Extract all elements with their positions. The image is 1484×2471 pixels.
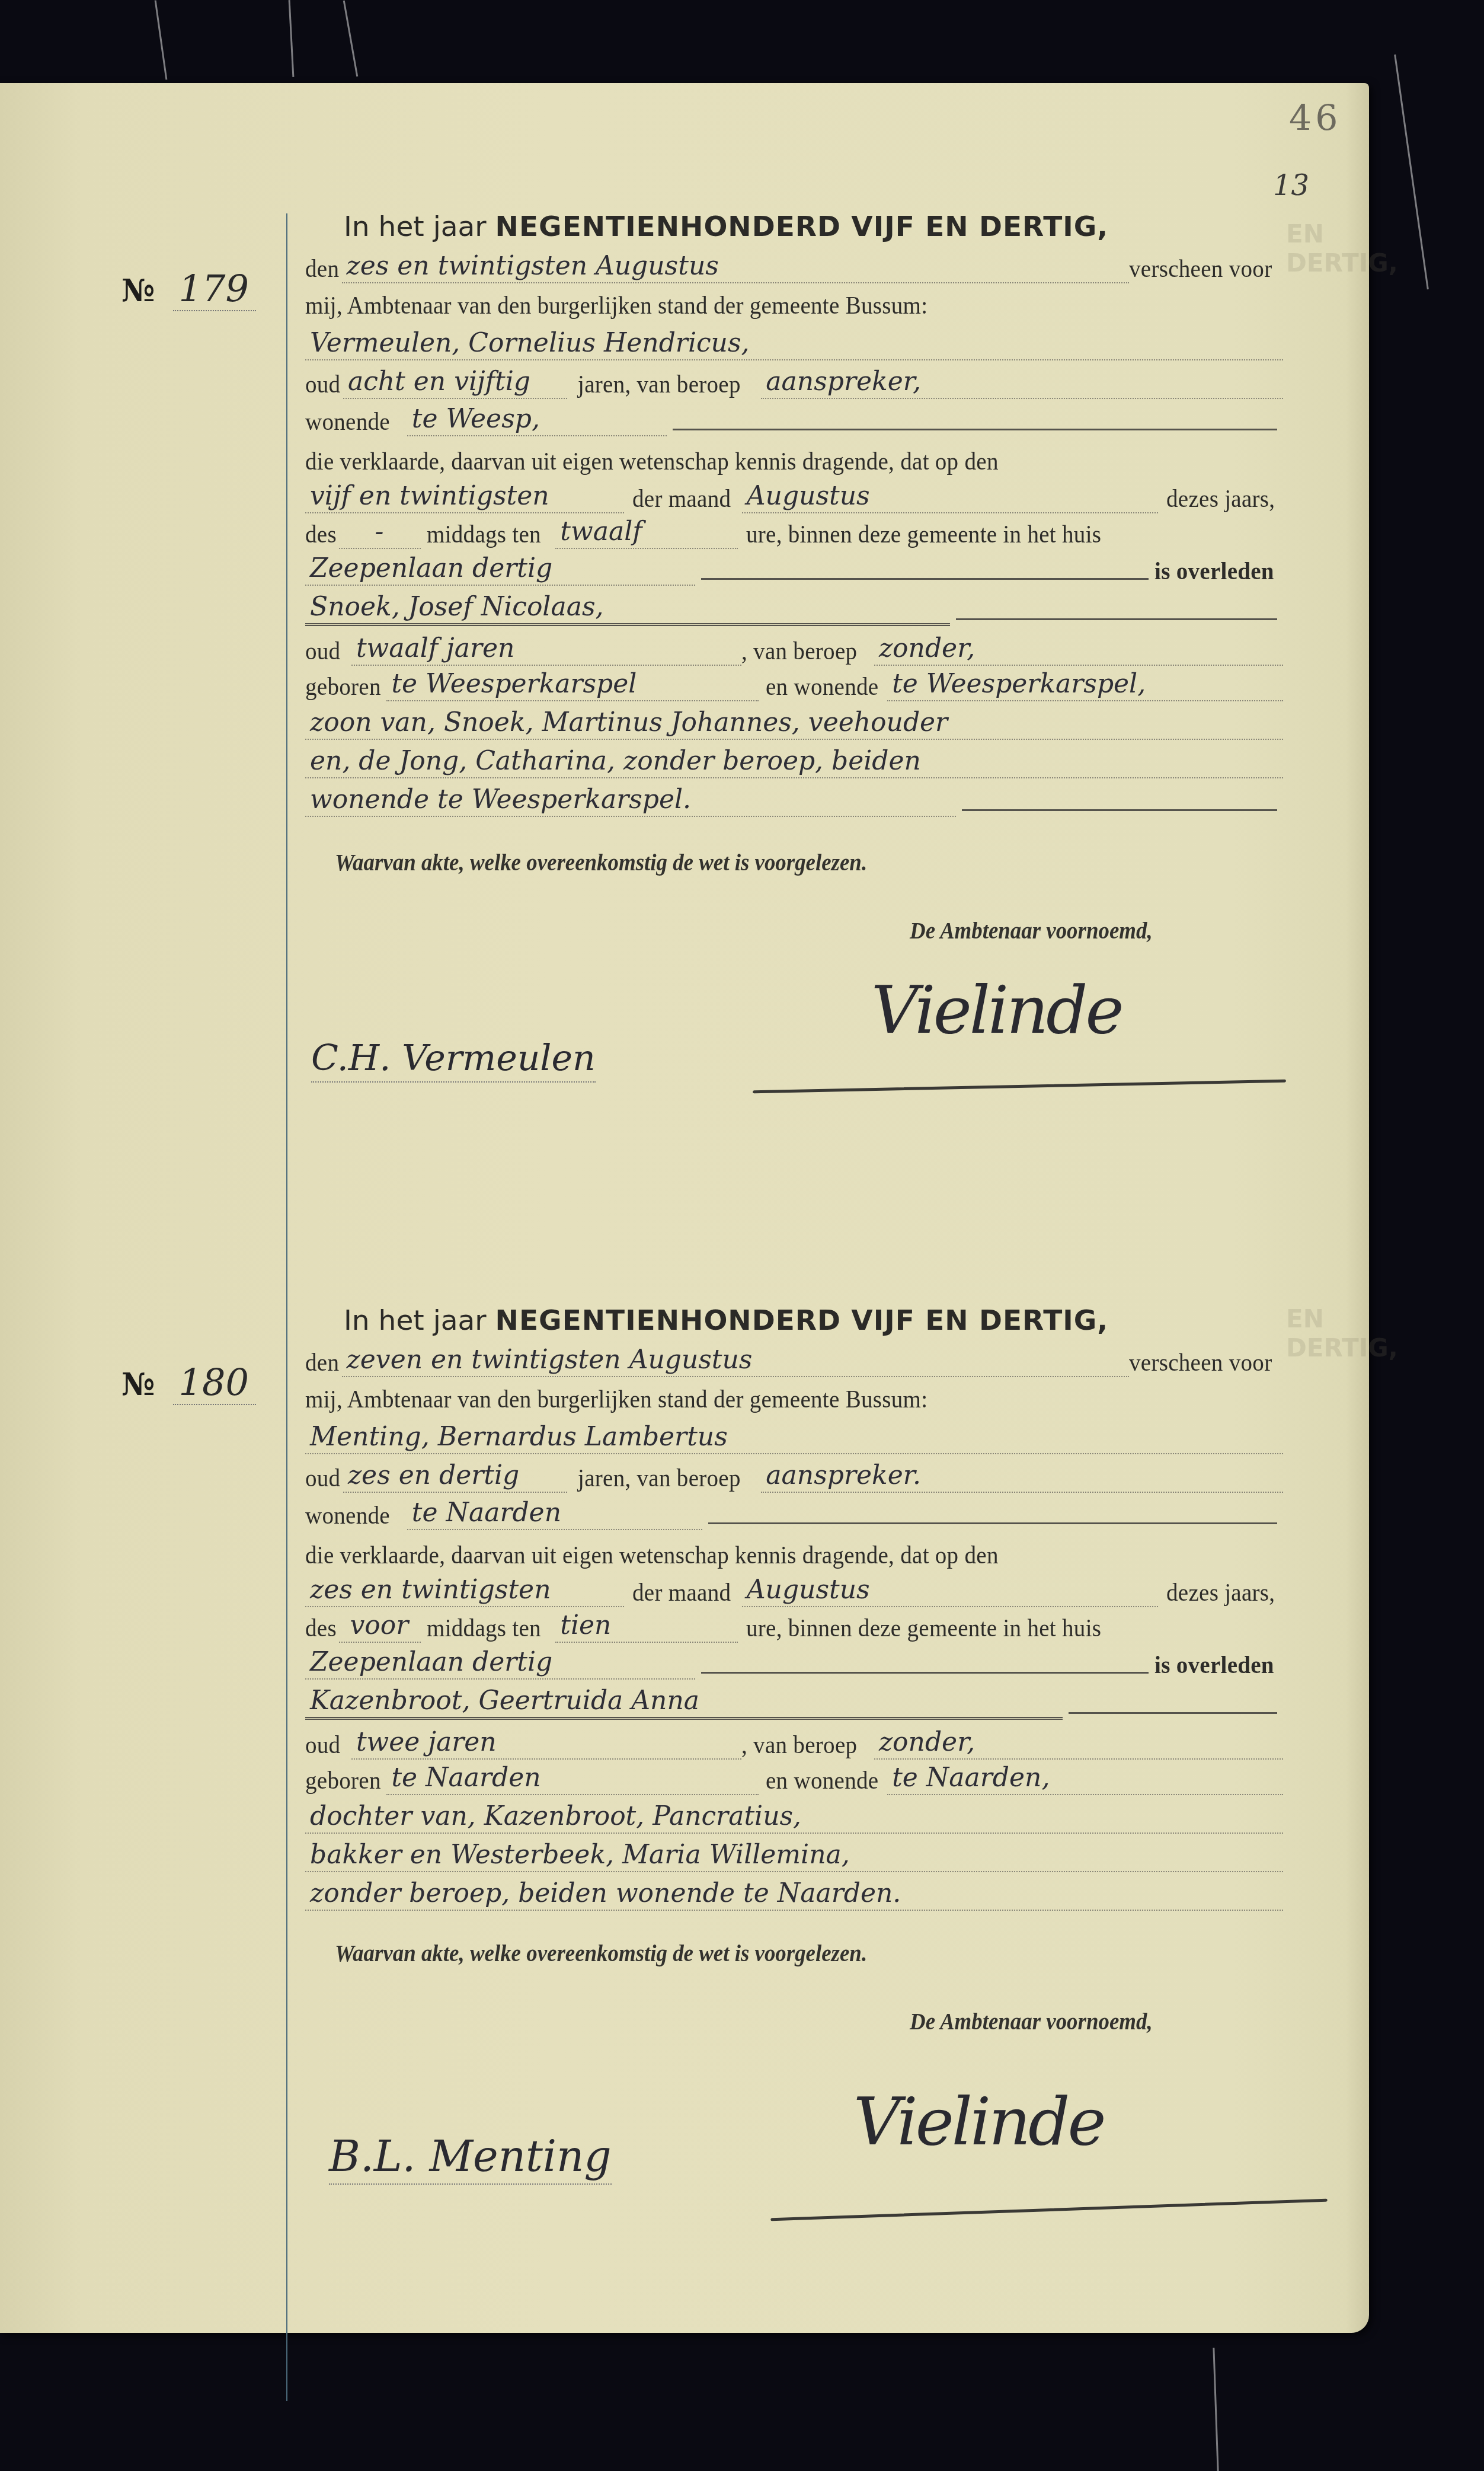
- death-date-line: zes en twintigsten der maand Augustus de…: [305, 1573, 1283, 1607]
- declaration-line: die verklaarde, daarvan uit eigen wetens…: [305, 1535, 1283, 1570]
- label-oud: oud: [305, 371, 340, 399]
- register-page: 46 13 EN DERTIG, EN DERTIG, № 179 In het…: [0, 83, 1369, 2333]
- declarant-occupation: aanspreker,: [761, 366, 1283, 399]
- background-scratch: [343, 1, 359, 77]
- death-hour: twaalf: [555, 516, 738, 549]
- deceased-name-line: Kazenbroot, Geertruida Anna: [305, 1685, 1283, 1720]
- parents-text: zoon van, Snoek, Martinus Johannes, veeh…: [305, 707, 1283, 740]
- death-time-line: des voor middags ten tien ure, binnen de…: [305, 1608, 1283, 1643]
- declaration-date: zes en twintigsten Augustus: [342, 251, 1130, 283]
- closing-statement: Waarvan akte, welke overeenkomstig de we…: [335, 848, 867, 876]
- corner-mark: 13: [1273, 169, 1309, 202]
- label-is-overleden: is overleden: [1154, 557, 1274, 586]
- deceased-age: twee jaren: [351, 1727, 741, 1760]
- deceased-age: twaalf jaren: [351, 633, 741, 666]
- closing-statement: Waarvan akte, welke overeenkomstig de we…: [335, 1939, 867, 1967]
- signature-flourish: [770, 2199, 1328, 2221]
- declarant-name-line: Menting, Bernardus Lambertus: [305, 1420, 1283, 1454]
- label-dezes-jaars: dezes jaars,: [1166, 1579, 1275, 1607]
- label-der-maand: der maand: [632, 485, 731, 513]
- declarant-residence-line: wonende te Weesp,: [305, 402, 1283, 436]
- declaration-line: die verklaarde, daarvan uit eigen wetens…: [305, 442, 1283, 476]
- death-address: Zeepenlaan dertig: [305, 1647, 695, 1680]
- record-heading: In het jaar NEGENTIENHONDERD VIJF EN DER…: [344, 1304, 1108, 1337]
- official-text: mij, Ambtenaar van den burgerlijken stan…: [305, 292, 927, 320]
- entry-number-value: 179: [173, 267, 256, 311]
- declarant-age: zes en dertig: [343, 1460, 567, 1493]
- label-des: des: [305, 1614, 337, 1643]
- label-middags-ten: middags ten: [427, 1614, 541, 1643]
- declarant-age-line: oud acht en vijftig jaren, van beroep aa…: [305, 365, 1283, 399]
- declarant-name-line: Vermeulen, Cornelius Hendricus,: [305, 326, 1283, 360]
- declarant-name: Menting, Bernardus Lambertus: [305, 1422, 1283, 1454]
- declarant-occupation: aanspreker.: [761, 1460, 1283, 1493]
- label-en-wonende: en wonende: [766, 673, 878, 701]
- page-number: 46: [1289, 98, 1341, 139]
- birth-residence-line: geboren te Naarden en wonende te Naarden…: [305, 1761, 1283, 1795]
- declarant-residence: te Weesp,: [407, 404, 667, 436]
- label-ure-binnen: ure, binnen deze gemeente in het huis: [746, 1614, 1101, 1643]
- declarant-residence: te Naarden: [407, 1498, 702, 1530]
- parents-text: bakker en Westerbeek, Maria Willemina,: [305, 1840, 1283, 1872]
- official-line: mij, Ambtenaar van den burgerlijken stan…: [305, 286, 1283, 320]
- declarant-age: acht en vijftig: [343, 366, 567, 399]
- label-van-beroep: , van beroep: [741, 637, 857, 666]
- declaration-text: die verklaarde, daarvan uit eigen wetens…: [305, 448, 999, 476]
- official-signature: Vielinde: [871, 972, 1122, 1048]
- label-geboren: geboren: [305, 1767, 381, 1795]
- declarant-signature: B.L. Menting: [329, 2131, 612, 2185]
- time-period: -: [339, 516, 421, 549]
- declaration-date: zeven en twintigsten Augustus: [342, 1345, 1130, 1377]
- parents-text: en, de Jong, Catharina, zonder beroep, b…: [305, 746, 1283, 778]
- birth-place: te Naarden: [386, 1763, 759, 1795]
- deceased-name: Kazenbroot, Geertruida Anna: [305, 1685, 1063, 1720]
- declarant-age-line: oud zes en dertig jaren, van beroep aans…: [305, 1458, 1283, 1493]
- label-des: des: [305, 521, 337, 549]
- background-scratch: [1213, 2348, 1218, 2471]
- parents-text: wonende te Weesperkarspel.: [305, 784, 956, 817]
- label-wonende: wonende: [305, 1502, 390, 1530]
- entry-number: № 180: [121, 1361, 256, 1405]
- parents-text: zonder beroep, beiden wonende te Naarden…: [305, 1878, 1283, 1911]
- parents-line: wonende te Weesperkarspel.: [305, 783, 1283, 817]
- official-label: De Ambtenaar voornoemd,: [910, 2007, 1153, 2035]
- parents-text: dochter van, Kazenbroot, Pancratius,: [305, 1801, 1283, 1834]
- bleed-through-text: EN DERTIG,: [1286, 219, 1398, 277]
- entry-number-value: 180: [173, 1361, 256, 1405]
- parents-line: zoon van, Snoek, Martinus Johannes, veeh…: [305, 705, 1283, 740]
- parents-line: dochter van, Kazenbroot, Pancratius,: [305, 1799, 1283, 1834]
- parents-line: en, de Jong, Catharina, zonder beroep, b…: [305, 744, 1283, 778]
- label-oud: oud: [305, 1731, 340, 1760]
- death-date-line: vijf en twintigsten der maand Augustus d…: [305, 479, 1283, 513]
- label-geboren: geboren: [305, 673, 381, 701]
- deceased-age-line: oud twaalf jaren , van beroep zonder,: [305, 631, 1283, 666]
- label-jaren-beroep: jaren, van beroep: [578, 1464, 741, 1493]
- label-der-maand: der maand: [632, 1579, 731, 1607]
- entry-number: № 179: [121, 267, 256, 311]
- official-label: De Ambtenaar voornoemd,: [910, 916, 1153, 944]
- deceased-occupation: zonder,: [874, 633, 1283, 666]
- death-address-line: Zeepenlaan dertig is overleden: [305, 1645, 1283, 1680]
- record-heading: In het jaar NEGENTIENHONDERD VIJF EN DER…: [344, 210, 1108, 243]
- label-jaren-beroep: jaren, van beroep: [578, 371, 741, 399]
- residence-place: te Naarden,: [887, 1763, 1283, 1795]
- declarant-signature: C.H. Vermeulen: [311, 1037, 596, 1083]
- death-day: vijf en twintigsten: [305, 481, 624, 513]
- page-edge: [1345, 83, 1369, 2333]
- signature-flourish: [753, 1080, 1286, 1094]
- margin-rule: [286, 213, 287, 2401]
- heading-year: NEGENTIENHONDERD VIJF EN DERTIG,: [495, 210, 1109, 243]
- fill-rule: [956, 618, 1277, 620]
- number-sign: №: [121, 1367, 155, 1403]
- fill-rule: [673, 429, 1277, 430]
- fill-rule: [701, 578, 1149, 580]
- official-signature: Vielinde: [853, 2084, 1104, 2160]
- label-den: den: [305, 255, 339, 283]
- deceased-name-line: Snoek, Josef Nicolaas,: [305, 592, 1283, 626]
- background-scratch: [155, 0, 168, 79]
- label-ure-binnen: ure, binnen deze gemeente in het huis: [746, 521, 1101, 549]
- fill-rule: [708, 1522, 1277, 1524]
- death-day: zes en twintigsten: [305, 1575, 624, 1607]
- label-verscheen: verscheen voor: [1129, 255, 1272, 283]
- fill-rule: [962, 809, 1277, 811]
- death-hour: tien: [555, 1610, 738, 1643]
- background-scratch: [289, 0, 295, 77]
- date-line: den zes en twintigsten Augustus verschee…: [305, 249, 1283, 283]
- label-dezes-jaars: dezes jaars,: [1166, 485, 1275, 513]
- label-oud: oud: [305, 1464, 340, 1493]
- declaration-text: die verklaarde, daarvan uit eigen wetens…: [305, 1541, 999, 1570]
- parents-line: zonder beroep, beiden wonende te Naarden…: [305, 1876, 1283, 1911]
- time-period: voor: [339, 1610, 421, 1643]
- death-month: Augustus: [742, 481, 1158, 513]
- label-middags-ten: middags ten: [427, 521, 541, 549]
- declarant-name: Vermeulen, Cornelius Hendricus,: [305, 328, 1283, 360]
- label-van-beroep: , van beroep: [741, 1731, 857, 1760]
- label-is-overleden: is overleden: [1154, 1651, 1274, 1680]
- residence-place: te Weesperkarspel,: [887, 669, 1283, 701]
- fill-rule: [1069, 1712, 1277, 1714]
- bleed-through-text: EN DERTIG,: [1286, 1304, 1398, 1362]
- parents-line: bakker en Westerbeek, Maria Willemina,: [305, 1838, 1283, 1872]
- declarant-residence-line: wonende te Naarden: [305, 1496, 1283, 1530]
- label-verscheen: verscheen voor: [1129, 1349, 1272, 1377]
- number-sign: №: [121, 273, 155, 309]
- date-line: den zeven en twintigsten Augustus versch…: [305, 1343, 1283, 1377]
- deceased-occupation: zonder,: [874, 1727, 1283, 1760]
- death-time-line: des - middags ten twaalf ure, binnen dez…: [305, 515, 1283, 549]
- official-text: mij, Ambtenaar van den burgerlijken stan…: [305, 1385, 927, 1414]
- label-oud: oud: [305, 637, 340, 666]
- death-month: Augustus: [742, 1575, 1158, 1607]
- deceased-age-line: oud twee jaren , van beroep zonder,: [305, 1725, 1283, 1760]
- official-line: mij, Ambtenaar van den burgerlijken stan…: [305, 1380, 1283, 1414]
- background-scratch: [1394, 55, 1429, 290]
- birth-residence-line: geboren te Weesperkarspel en wonende te …: [305, 667, 1283, 701]
- death-address-line: Zeepenlaan dertig is overleden: [305, 551, 1283, 586]
- fill-rule: [701, 1672, 1149, 1674]
- birth-place: te Weesperkarspel: [386, 669, 759, 701]
- label-wonende: wonende: [305, 408, 390, 436]
- deceased-name: Snoek, Josef Nicolaas,: [305, 592, 950, 626]
- label-en-wonende: en wonende: [766, 1767, 878, 1795]
- heading-prefix: In het jaar: [344, 1304, 487, 1337]
- heading-year: NEGENTIENHONDERD VIJF EN DERTIG,: [495, 1304, 1109, 1337]
- label-den: den: [305, 1349, 339, 1377]
- death-address: Zeepenlaan dertig: [305, 553, 695, 586]
- heading-prefix: In het jaar: [344, 210, 487, 243]
